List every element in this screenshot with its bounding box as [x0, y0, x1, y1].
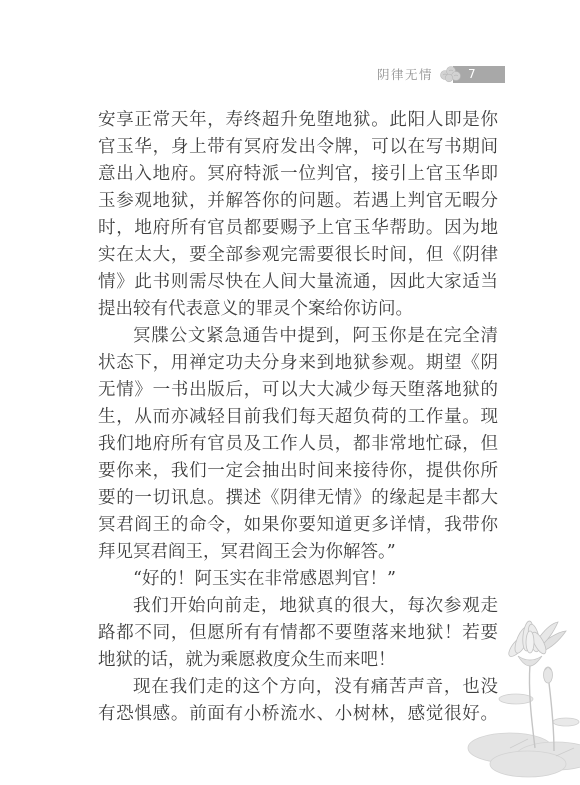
text-line: 要你来，我们一定会抽出时间来接待你，提供你所需: [98, 458, 498, 485]
text-line: 无情》一书出版后，可以大大减少每天堕落地狱的众: [98, 377, 498, 404]
text-line: 状态下，用禅定功夫分身来到地狱参观。期望《阴律: [98, 350, 498, 377]
lotus-cluster-icon: [438, 63, 464, 85]
text-line: 玉参观地狱，并解答你的问题。若遇上判官无暇分身: [98, 188, 498, 215]
text-line: 我们地府所有官员及工作人员，都非常地忙碌，但只: [98, 431, 498, 458]
text-line: 要的一切讯息。撰述《阴律无情》的缘起是丰都大帝: [98, 485, 498, 512]
text-line: 情》此书则需尽快在人间大量流通，因此大家适当地: [98, 269, 498, 296]
text-line: 生，从而亦减轻目前我们每天超负荷的工作量。现在: [98, 404, 498, 431]
text-line: 官玉华，身上带有冥府发出令牌，可以在写书期间随: [98, 134, 498, 161]
book-page: 阴律无情 7 安享正常天年，寿终超升免堕地狱。此阳人即是你上官玉华，身上带有冥府…: [0, 0, 580, 785]
running-title: 阴律无情: [377, 65, 433, 83]
page-header: 阴律无情 7: [0, 63, 505, 85]
text-line: 时，地府所有官员都要赐予上官玉华帮助。因为地狱: [98, 215, 498, 242]
text-line: “好的！阿玉实在非常感恩判官！”: [98, 566, 498, 593]
text-line: 提出较有代表意义的罪灵个案给你访问。: [98, 296, 498, 323]
text-line: 安享正常天年，寿终超升免堕地狱。此阳人即是你上: [98, 107, 498, 134]
lotus-illustration: [438, 598, 580, 785]
text-line: 冥君阎王的命令，如果你要知道更多详情，我带你去: [98, 512, 498, 539]
text-line: 实在太大，要全部参观完需要很长时间，但《阴律无: [98, 242, 498, 269]
text-line: 拜见冥君阎王，冥君阎王会为你解答。”: [98, 539, 498, 566]
text-line: 冥牒公文紧急通告中提到，阿玉你是在完全清醒: [98, 323, 498, 350]
text-line: 意出入地府。冥府特派一位判官，接引上官玉华即阿: [98, 161, 498, 188]
